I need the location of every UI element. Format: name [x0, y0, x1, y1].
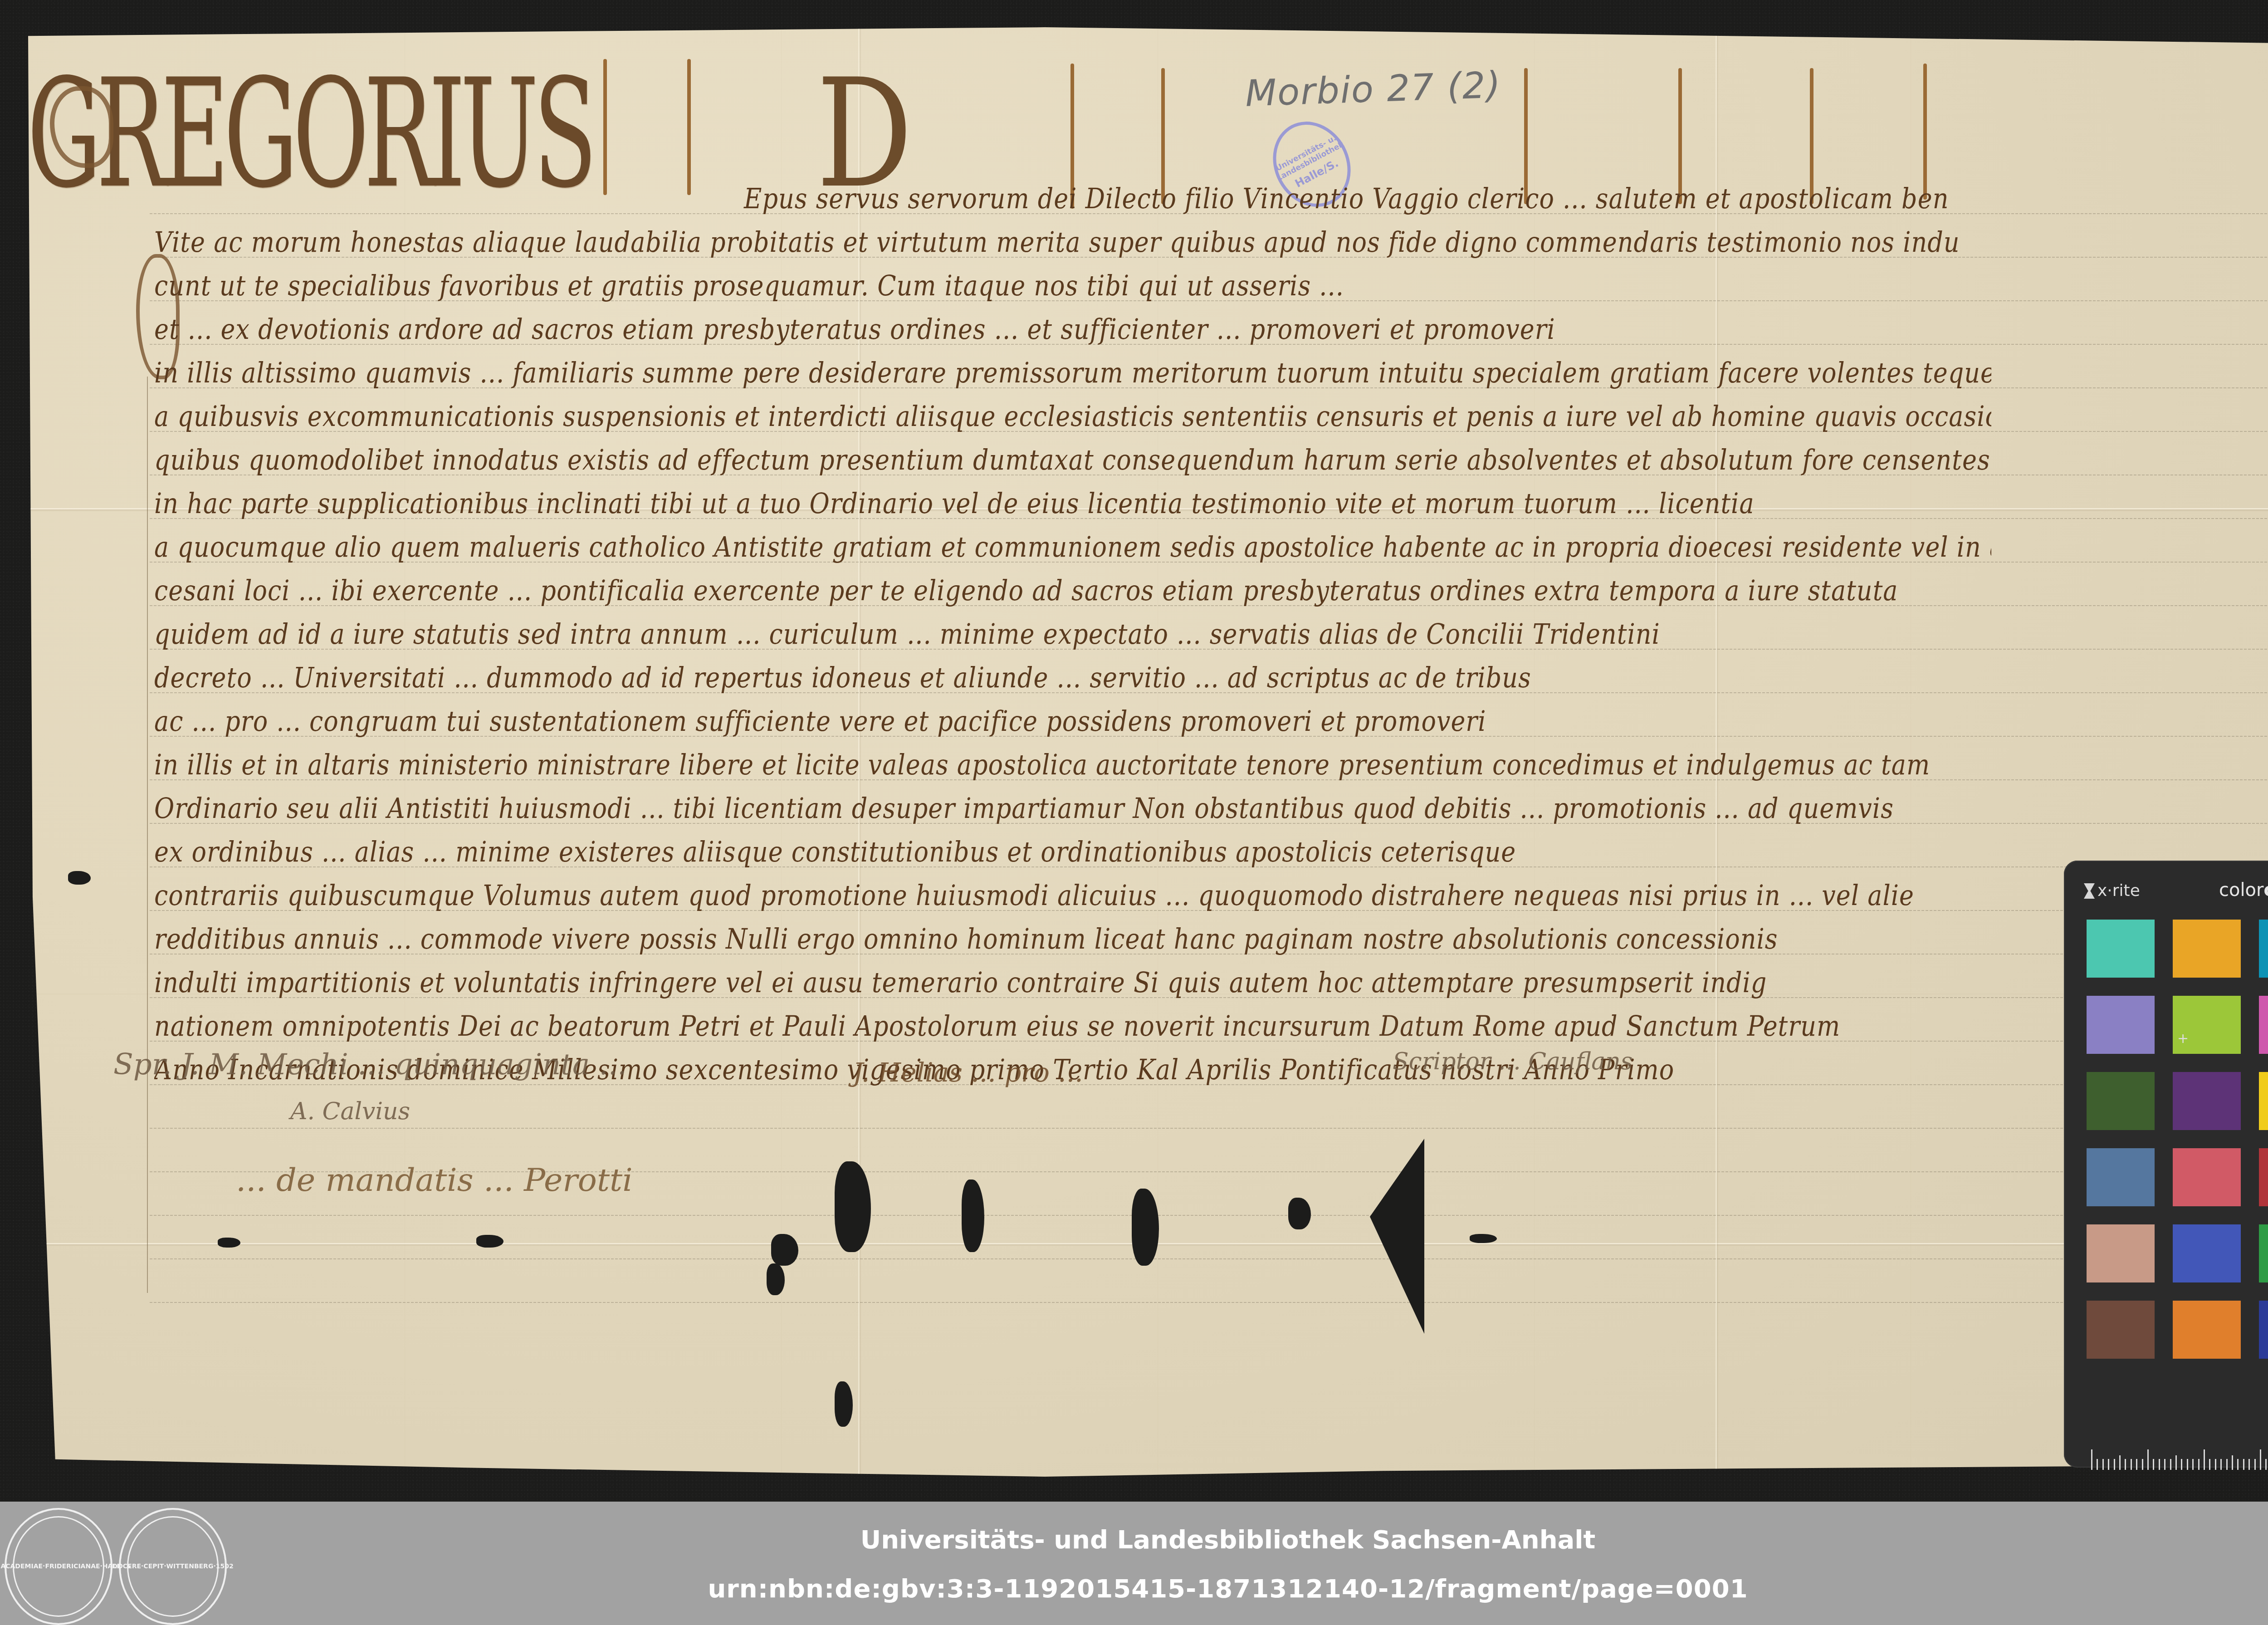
color-checker-card: x·rite colorcheckerCLASSIC — [2064, 861, 2268, 1468]
ruler-tick — [2232, 1455, 2233, 1470]
text-line: in illis et in altaris ministerio minist… — [154, 740, 1991, 790]
text-line: redditibus annuis ... commode vivere pos… — [154, 914, 1991, 964]
color-patch — [2087, 1224, 2155, 1282]
ruling-line — [150, 1215, 2268, 1216]
parchment-hole — [962, 1180, 984, 1252]
color-patch — [2259, 920, 2268, 978]
color-patch — [2173, 1224, 2241, 1282]
color-patch — [2087, 996, 2155, 1054]
color-patch — [2173, 1072, 2241, 1130]
ruler-tick — [2175, 1455, 2177, 1470]
ruler-tick — [2226, 1459, 2228, 1470]
bull-text-body: Epus servus servorum dei Dilecto filio V… — [154, 177, 1991, 1091]
text-line: decreto ... Universitati ... dummodo ad … — [154, 653, 1991, 703]
ruler-tick — [2198, 1459, 2200, 1470]
color-patch — [2259, 1072, 2268, 1130]
ruler-tick — [2097, 1459, 2098, 1470]
color-patch — [2173, 920, 2241, 978]
signature: ... de mandatis ... Perotti — [236, 1161, 633, 1199]
ruler-tick — [2181, 1459, 2182, 1470]
ruler-tick — [2153, 1459, 2154, 1470]
color-patch — [2087, 1148, 2155, 1206]
ruler-tick — [2209, 1459, 2210, 1470]
parchment-hole — [1470, 1234, 1497, 1243]
institution-name: Universitäts- und Landesbibliothek Sachs… — [0, 1525, 2268, 1555]
colorchecker-title: colorcheckerCLASSIC — [2219, 880, 2268, 901]
text-line: et ... ex devotionis ardore ad sacros et… — [154, 304, 1991, 354]
color-patch — [2259, 1148, 2268, 1206]
color-patch — [2173, 1148, 2241, 1206]
color-patch — [2173, 1301, 2241, 1359]
ruler-tick — [2147, 1449, 2149, 1470]
color-patch — [2259, 996, 2268, 1054]
text-line: a quibusvis excommunicationis suspension… — [154, 392, 1991, 441]
text-line: cesani loci ... ibi exercente ... pontif… — [154, 566, 1991, 616]
ruler-tick — [2187, 1459, 2188, 1470]
ruler-tick — [2108, 1459, 2109, 1470]
text-line: in illis altissimo quamvis ... familiari… — [154, 348, 1991, 398]
margin-ruling — [147, 377, 148, 1293]
text-line: Vite ac morum honestas aliaque laudabili… — [154, 217, 1991, 267]
ruler-tick — [2164, 1459, 2165, 1470]
ruler-tick — [2125, 1459, 2126, 1470]
text-line: ex ordinibus ... alias ... minime existe… — [154, 827, 1991, 877]
ruling-line — [150, 1128, 2268, 1129]
text-line: nationem omnipotentis Dei ac beatorum Pe… — [154, 1001, 1991, 1051]
xrite-logo: x·rite — [2084, 881, 2140, 900]
text-line: quibus quomodolibet innodatus existis ad… — [154, 435, 1991, 485]
ruling-line — [150, 1258, 2268, 1259]
color-patch — [2087, 1072, 2155, 1130]
urn-identifier[interactable]: urn:nbn:de:gbv:3:3-1192015415-1871312140… — [0, 1574, 2268, 1604]
ruling-line — [150, 1302, 2268, 1303]
ruler-tick — [2119, 1455, 2121, 1470]
parchment-hole — [835, 1381, 853, 1427]
color-patch — [2259, 1224, 2268, 1282]
ruler-tick — [2091, 1449, 2092, 1470]
signature: Scriptor ... Cauflans — [1393, 1048, 1633, 1075]
ruler-tick — [2102, 1459, 2104, 1470]
xrite-icon — [2084, 883, 2095, 899]
ruler-tick — [2243, 1459, 2244, 1470]
text-line: indulti impartitionis et voluntatis infr… — [154, 958, 1991, 1008]
parchment-hole — [476, 1235, 503, 1248]
parchment-hole — [218, 1238, 240, 1248]
ruler-tick — [2170, 1459, 2171, 1470]
ruler-tick — [2131, 1459, 2132, 1470]
text-line: contrariis quibuscumque Volumus autem qu… — [154, 871, 1991, 920]
ruler-tick — [2114, 1459, 2115, 1470]
text-line: Ordinario seu alii Antistiti huiusmodi .… — [154, 783, 1991, 833]
color-patch-grid — [2087, 920, 2268, 1359]
text-line: Epus servus servorum dei Dilecto filio V… — [154, 174, 1991, 224]
parchment-hole — [1132, 1189, 1159, 1266]
ruler-tick — [2260, 1449, 2261, 1470]
ruler-tick — [2204, 1449, 2205, 1470]
color-patch — [2087, 1301, 2155, 1359]
parchment-hole — [1288, 1198, 1311, 1229]
signature: J. Helias ... pro ... — [853, 1057, 1083, 1088]
color-patch — [2087, 920, 2155, 978]
ruler-tick — [2237, 1459, 2239, 1470]
parchment-hole — [771, 1234, 798, 1266]
color-patch — [2259, 1301, 2268, 1359]
text-line: a quocumque alio quem malueris catholico… — [154, 522, 1991, 572]
ruler-tick — [2136, 1459, 2137, 1470]
crosshair-mark: + — [2177, 1031, 2189, 1047]
ruler-tick — [2254, 1459, 2256, 1470]
ruler-tick — [2159, 1459, 2160, 1470]
ruler-tick — [2192, 1459, 2194, 1470]
text-line: quidem ad id a iure statutis sed intra a… — [154, 609, 1991, 659]
parchment-hole — [68, 871, 91, 885]
pencil-shelfmark: Morbio 27 (2) — [1245, 64, 1502, 115]
mm-ruler — [2091, 1445, 2268, 1470]
ruler-tick — [2215, 1459, 2216, 1470]
parchment-hole — [767, 1263, 785, 1295]
ruler-tick — [2248, 1459, 2250, 1470]
text-line: cunt ut te specialibus favoribus et grat… — [154, 261, 1991, 311]
text-line: in hac parte supplicationibus inclinati … — [154, 479, 1991, 529]
ruler-tick — [2220, 1459, 2222, 1470]
digitization-footer: SIG·ACADEMIAE·FRIDERICIANAE·HALENS DOCER… — [0, 1502, 2268, 1625]
signature: A. Calvius — [290, 1098, 410, 1125]
ruler-tick — [2142, 1459, 2143, 1470]
signature: Spr. J. M. Mechi ... quinquaginta ... — [113, 1048, 626, 1082]
ruler-tick — [2265, 1459, 2267, 1470]
text-line: ac ... pro ... congruam tui sustentation… — [154, 696, 1991, 746]
